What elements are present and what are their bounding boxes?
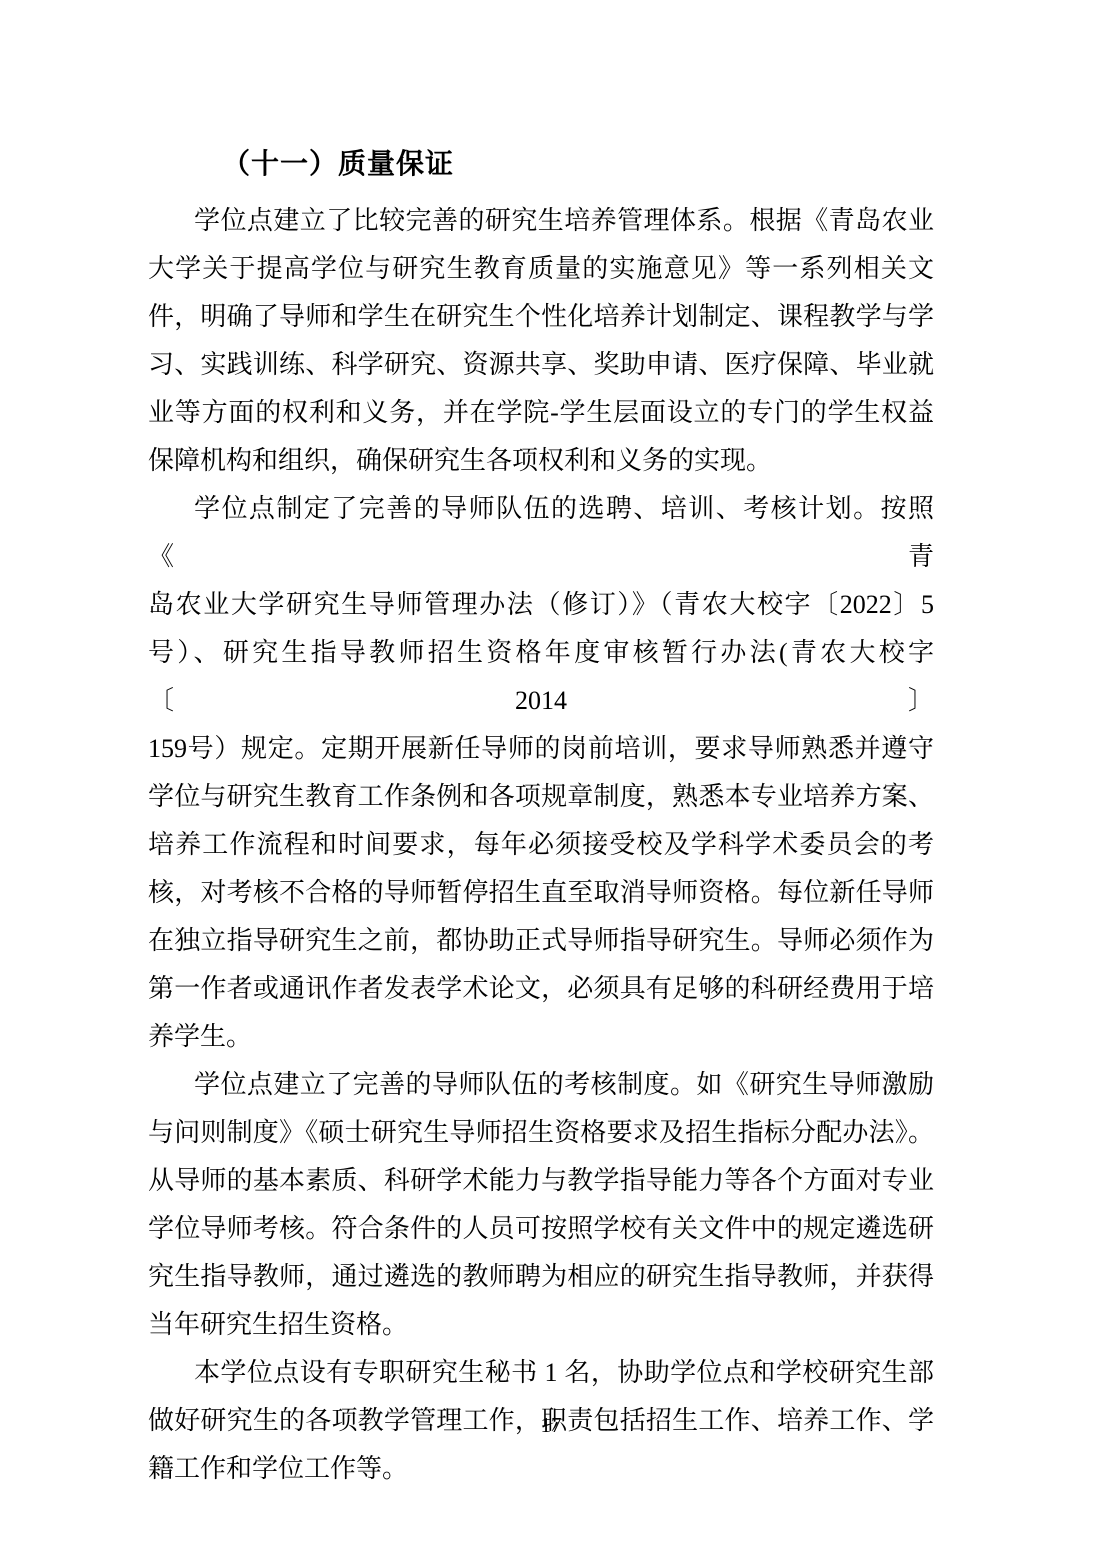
text-line: 在独立指导研究生之前，都协助正式导师指导研究生。导师必须作为	[148, 917, 934, 965]
text-line: 籍工作和学位工作等。	[148, 1445, 934, 1493]
paragraph-2: 学位点制定了完善的导师队伍的选聘、培训、考核计划。按照《青 岛农业大学研究生导师…	[148, 485, 934, 1061]
text-line: 当年研究生招生资格。	[148, 1301, 934, 1349]
text-line: 学位导师考核。符合条件的人员可按照学校有关文件中的规定遴选研	[148, 1205, 934, 1253]
document-page: （十一）质量保证 学位点建立了比较完善的研究生培养管理体系。根据《青岛农业 大学…	[0, 0, 1102, 1559]
section-heading: （十一）质量保证	[148, 140, 934, 188]
text-line: 第一作者或通讯作者发表学术论文，必须具有足够的科研经费用于培	[148, 965, 934, 1013]
text-line: 大学关于提高学位与研究生教育质量的实施意见》等一系列相关文	[148, 245, 934, 293]
text-line: 习、实践训练、科学研究、资源共享、奖助申请、医疗保障、毕业就	[148, 341, 934, 389]
text-line: 从导师的基本素质、科研学术能力与教学指导能力等各个方面对专业	[148, 1157, 934, 1205]
paragraph-1: 学位点建立了比较完善的研究生培养管理体系。根据《青岛农业 大学关于提高学位与研究…	[148, 197, 934, 485]
text-line: 学位点建立了完善的导师队伍的考核制度。如《研究生导师激励	[148, 1061, 934, 1109]
text-line: 学位与研究生教育工作条例和各项规章制度，熟悉本专业培养方案、	[148, 773, 934, 821]
text-line: 件，明确了导师和学生在研究生个性化培养计划制定、课程教学与学	[148, 293, 934, 341]
text-line: 学位点建立了比较完善的研究生培养管理体系。根据《青岛农业	[148, 197, 934, 245]
text-line: 与问则制度》《硕士研究生导师招生资格要求及招生指标分配办法》。	[148, 1109, 934, 1157]
text-line: 学位点制定了完善的导师队伍的选聘、培训、考核计划。按照《青	[148, 485, 934, 581]
paragraph-3: 学位点建立了完善的导师队伍的考核制度。如《研究生导师激励 与问则制度》《硕士研究…	[148, 1061, 934, 1349]
text-line: 号）、研究生指导教师招生资格年度审核暂行办法(青农大校字〔2014〕	[148, 629, 934, 725]
text-line: 核，对考核不合格的导师暂停招生直至取消导师资格。每位新任导师	[148, 869, 934, 917]
text-line: 159号）规定。定期开展新任导师的岗前培训，要求导师熟悉并遵守	[148, 725, 934, 773]
text-line: 保障机构和组织，确保研究生各项权利和义务的实现。	[148, 437, 934, 485]
text-line: 业等方面的权利和义务，并在学院-学生层面设立的专门的学生权益	[148, 389, 934, 437]
page-number: 17	[0, 1411, 1102, 1439]
text-line: 养学生。	[148, 1013, 934, 1061]
text-line: 岛农业大学研究生导师管理办法（修订）》（青农大校字〔2022〕5	[148, 581, 934, 629]
text-line: 本学位点设有专职研究生秘书 1 名，协助学位点和学校研究生部	[148, 1349, 934, 1397]
document-body: 学位点建立了比较完善的研究生培养管理体系。根据《青岛农业 大学关于提高学位与研究…	[148, 197, 934, 1493]
text-line: 培养工作流程和时间要求，每年必须接受校及学科学术委员会的考	[148, 821, 934, 869]
text-line: 究生指导教师，通过遴选的教师聘为相应的研究生指导教师，并获得	[148, 1253, 934, 1301]
